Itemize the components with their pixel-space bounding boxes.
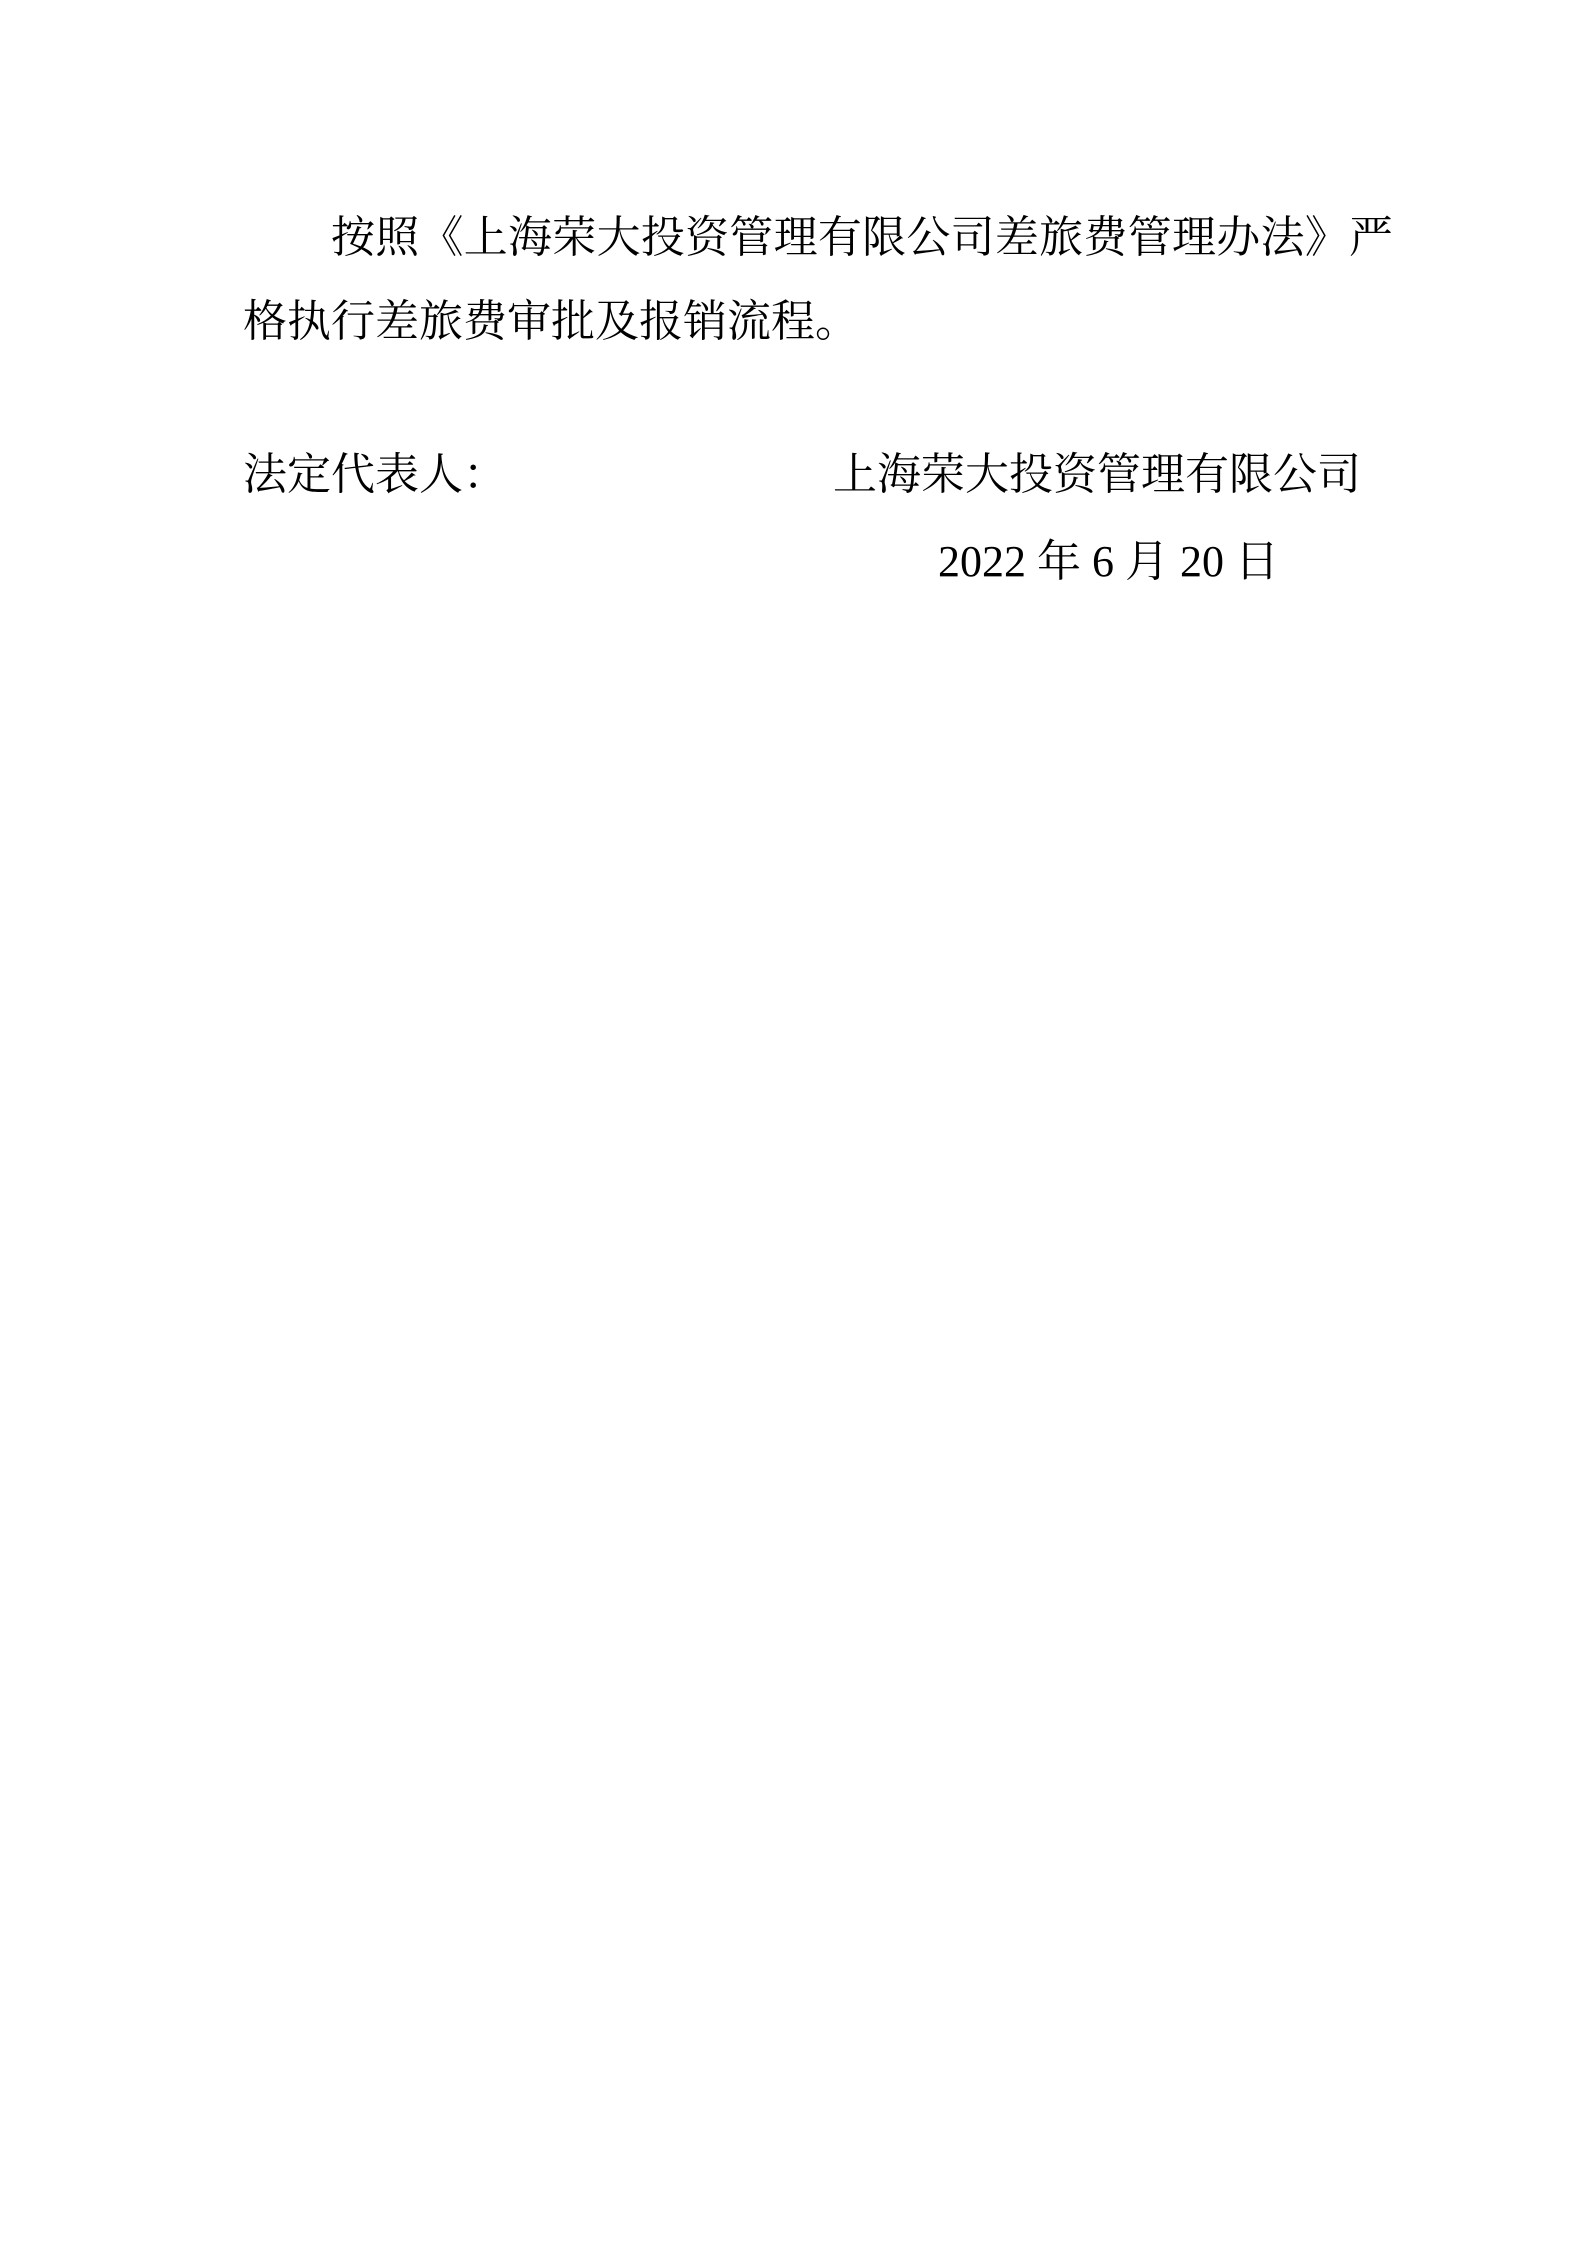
signature-date: 2022 年 6 月 20 日 [938, 537, 1279, 587]
company-name: 上海荣大投资管理有限公司 [833, 450, 1361, 500]
body-paragraph: 按照《上海荣大投资管理有限公司差旅费管理办法》严格执行差旅费审批及报销流程。 [243, 196, 1393, 364]
legal-representative-label: 法定代表人： [243, 450, 507, 500]
document-page: 按照《上海荣大投资管理有限公司差旅费管理办法》严格执行差旅费审批及报销流程。 法… [0, 0, 1587, 2245]
